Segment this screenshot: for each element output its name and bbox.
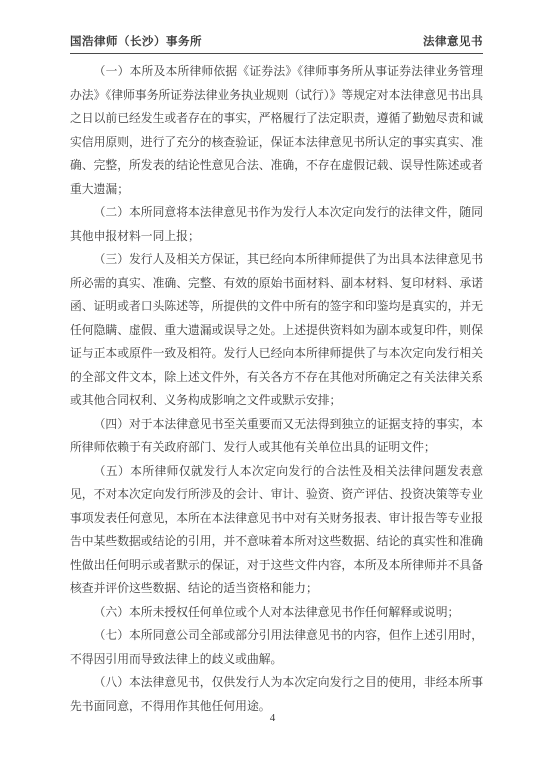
paragraph-5: （五）本所律师仅就发行人本次定向发行的合法性及相关法律问题发表意见，不对本次定向… — [70, 460, 483, 601]
paragraph-1: （一）本所及本所律师依据《证券法》《律师事务所从事证券法律业务管理办法》《律师事… — [70, 60, 483, 201]
paragraph-2: （二）本所同意将本法律意见书作为发行人本次定向发行的法律文件，随同其他申报材料一… — [70, 201, 483, 248]
document-page: 国浩律师（长沙）事务所 法律意见书 （一）本所及本所律师依据《证券法》《律师事务… — [0, 0, 545, 771]
page-number: 4 — [270, 712, 276, 724]
header-firm-name: 国浩律师（长沙）事务所 — [70, 33, 202, 49]
paragraph-7: （七）本所同意公司全部或部分引用法律意见书的内容，但作上述引用时，不得因引用而导… — [70, 624, 483, 671]
paragraph-8: （八）本法律意见书，仅供发行人为本次定向发行之目的使用，非经本所事先书面同意，不… — [70, 671, 483, 718]
page-header: 国浩律师（长沙）事务所 法律意见书 — [70, 33, 483, 54]
paragraph-4: （四）对于本法律意见书至关重要而又无法得到独立的证据支持的事实，本所律师依赖于有… — [70, 413, 483, 460]
page-footer: 4 — [0, 712, 545, 724]
paragraph-6: （六）本所未授权任何单位或个人对本法律意见书作任何解释或说明； — [70, 601, 483, 625]
paragraph-3: （三）发行人及相关方保证，其已经向本所律师提供了为出具本法律意见书所必需的真实、… — [70, 248, 483, 413]
document-body: （一）本所及本所律师依据《证券法》《律师事务所从事证券法律业务管理办法》《律师事… — [70, 60, 483, 718]
header-document-type: 法律意见书 — [423, 33, 483, 49]
